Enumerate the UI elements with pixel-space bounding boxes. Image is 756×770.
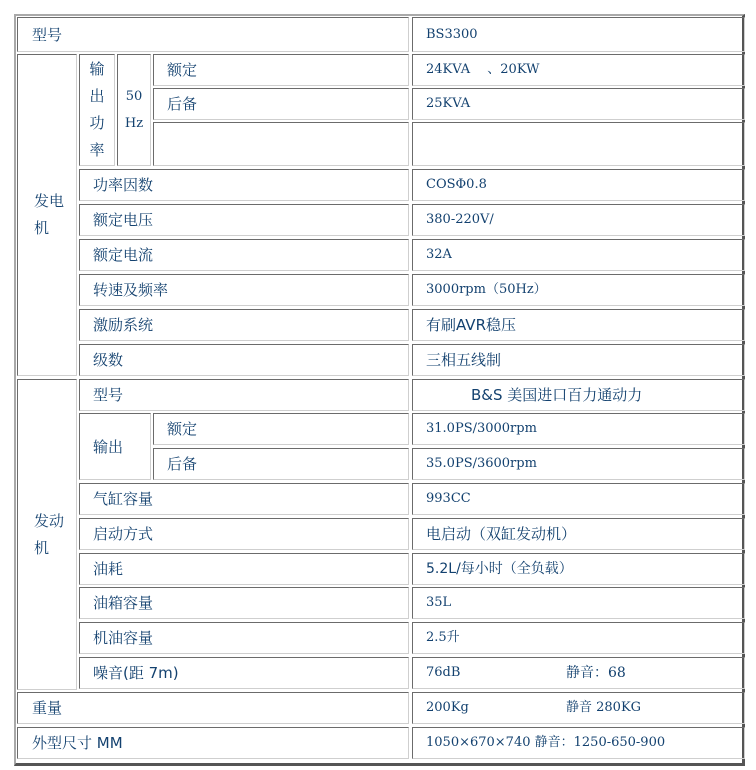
engine-model-label: 型号 (79, 379, 409, 411)
frequency-value: 50 (126, 83, 143, 110)
noise-value: 76dB (426, 665, 566, 681)
engine-rated-label: 额定 (153, 413, 409, 445)
engine-row-label: 油箱容量 (79, 587, 409, 619)
weight-value: 200Kg (426, 700, 566, 716)
engine-row-label: 启动方式 (79, 518, 409, 550)
frequency-label: 50 Hz (117, 54, 151, 166)
gen-standby-value: 25KVA (412, 88, 745, 120)
weight-silent-value: 静音 280KG (566, 700, 641, 716)
model-value: BS3300 (412, 17, 745, 52)
gen-empty-label (153, 122, 409, 166)
output-power-char: 功 (89, 110, 104, 137)
weight-value-cell: 200Kg 静音 280KG (412, 692, 745, 724)
engine-model-value: B&S 美国进口百力通动力 (412, 379, 745, 411)
engine-section-label-line2: 机 (34, 535, 49, 562)
engine-standby-label: 后备 (153, 448, 409, 480)
generator-section-label-line1: 发电 (34, 188, 64, 215)
output-power-char: 输 (89, 56, 104, 83)
gen-row-value: 三相五线制 (412, 344, 745, 376)
dimensions-value: 1050×670×740 静音：1250-650-900 (412, 727, 745, 759)
engine-section-label: 发动 机 (17, 379, 77, 690)
engine-output-label: 输出 (79, 413, 151, 480)
generator-section-label-line2: 机 (34, 215, 49, 242)
gen-rated-value: 24KVA 、20KW (412, 54, 745, 86)
gen-row-label: 额定电流 (79, 239, 409, 271)
gen-empty-value (412, 122, 745, 166)
noise-silent-value: 静音：68 (566, 665, 626, 681)
gen-row-label: 转速及频率 (79, 274, 409, 306)
gen-row-value: 3000rpm（50Hz） (412, 274, 745, 306)
engine-row-value: 2.5升 (412, 622, 745, 654)
dimensions-label: 外型尺寸 MM (17, 727, 409, 759)
gen-row-value: COSΦ0.8 (412, 169, 745, 201)
output-power-label: 输 出 功 率 (79, 54, 115, 166)
gen-row-label: 额定电压 (79, 204, 409, 236)
output-power-char: 率 (89, 137, 104, 164)
gen-row-value: 有刷AVR稳压 (412, 309, 745, 341)
engine-section-label-line1: 发动 (34, 508, 64, 535)
engine-row-value: 5.2L/每小时（全负载） (412, 553, 745, 585)
noise-label: 噪音(距 7m) (79, 657, 409, 689)
gen-rated-label: 额定 (153, 54, 409, 86)
gen-standby-label: 后备 (153, 88, 409, 120)
gen-row-label: 级数 (79, 344, 409, 376)
engine-standby-value: 35.0PS/3600rpm (412, 448, 745, 480)
engine-row-value: 电启动（双缸发动机） (412, 518, 745, 550)
gen-row-value: 380-220V/ (412, 204, 745, 236)
weight-label: 重量 (17, 692, 409, 724)
engine-rated-value: 31.0PS/3000rpm (412, 413, 745, 445)
engine-row-label: 机油容量 (79, 622, 409, 654)
gen-row-value: 32A (412, 239, 745, 271)
output-power-char: 出 (89, 83, 104, 110)
generator-section-label: 发电 机 (17, 54, 77, 376)
engine-row-label: 油耗 (79, 553, 409, 585)
engine-row-label: 气缸容量 (79, 483, 409, 515)
spec-table: 型号 BS3300 发电 机 输 出 功 率 50 Hz 额定 24KVA 、2… (14, 14, 745, 766)
model-label: 型号 (17, 17, 409, 52)
frequency-unit: Hz (125, 110, 143, 137)
noise-value-cell: 76dB 静音：68 (412, 657, 745, 689)
engine-row-value: 35L (412, 587, 745, 619)
engine-row-value: 993CC (412, 483, 745, 515)
gen-row-label: 功率因数 (79, 169, 409, 201)
gen-row-label: 激励系统 (79, 309, 409, 341)
